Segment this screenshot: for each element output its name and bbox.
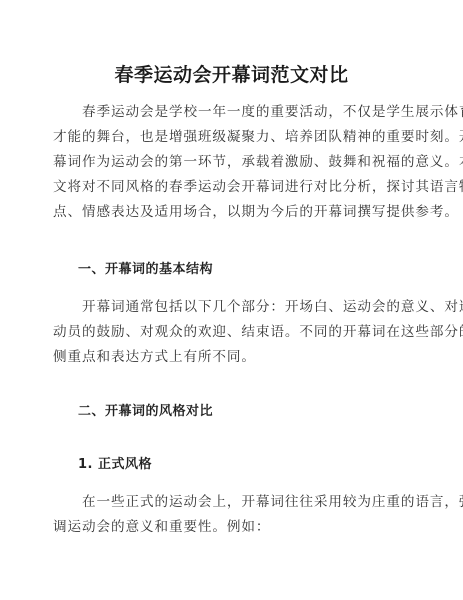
intro-line-3: 幕词作为运动会的第一环节，承载着激励、鼓舞和祝福的意义。本 xyxy=(53,150,405,175)
intro-line-2: 才能的舞台，也是增强班级凝聚力、培养团队精神的重要时刻。开 xyxy=(53,125,405,150)
document-title: 春季运动会开幕词范文对比 xyxy=(0,60,463,87)
formal-style-paragraph: 在一些正式的运动会上，开幕词往往采用较为庄重的语言，强 调运动会的意义和重要性。… xyxy=(53,490,405,540)
structure-line-3: 侧重点和表达方式上有所不同。 xyxy=(53,345,405,370)
structure-line-1: 开幕词通常包括以下几个部分：开场白、运动会的意义、对运 xyxy=(53,295,405,320)
formal-line-2: 调运动会的意义和重要性。例如： xyxy=(53,515,405,540)
intro-line-4: 文将对不同风格的春季运动会开幕词进行对比分析，探讨其语言特 xyxy=(53,175,405,200)
intro-line-5: 点、情感表达及适用场合，以期为今后的开幕词撰写提供参考。 xyxy=(53,200,405,225)
intro-line-1: 春季运动会是学校一年一度的重要活动，不仅是学生展示体育 xyxy=(53,100,405,125)
structure-paragraph: 开幕词通常包括以下几个部分：开场白、运动会的意义、对运 动员的鼓励、对观众的欢迎… xyxy=(53,295,405,370)
section-heading-style-comparison: 二、开幕词的风格对比 xyxy=(78,400,213,419)
formal-line-1: 在一些正式的运动会上，开幕词往往采用较为庄重的语言，强 xyxy=(53,490,405,515)
document-page: 春季运动会开幕词范文对比 春季运动会是学校一年一度的重要活动，不仅是学生展示体育… xyxy=(0,0,463,600)
intro-paragraph: 春季运动会是学校一年一度的重要活动，不仅是学生展示体育 才能的舞台，也是增强班级… xyxy=(53,100,405,225)
section-heading-structure: 一、开幕词的基本结构 xyxy=(78,258,213,277)
structure-line-2: 动员的鼓励、对观众的欢迎、结束语。不同的开幕词在这些部分的 xyxy=(53,320,405,345)
subsection-heading-formal-style: 1. 正式风格 xyxy=(78,453,152,472)
